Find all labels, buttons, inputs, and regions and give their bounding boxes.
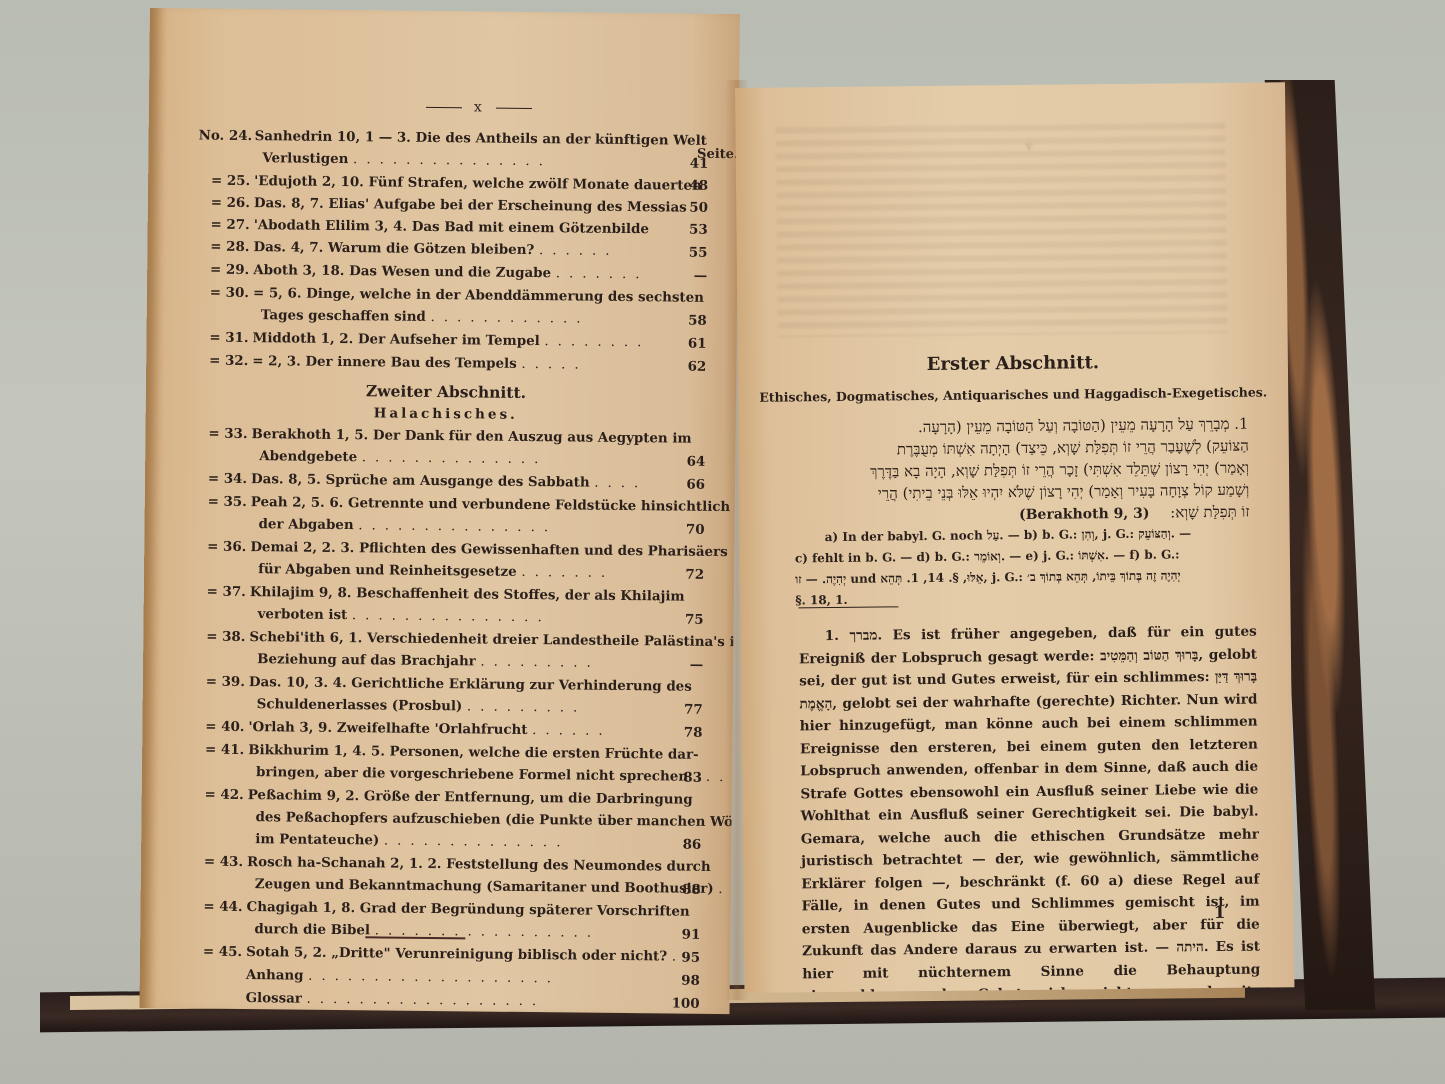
leader-dots: ...............: [358, 518, 557, 535]
folio-numeral: x: [474, 99, 484, 115]
footnotes: a) In der babyl. G. noch עַל. — b) b. G.…: [795, 523, 1251, 612]
entry-title: Anhang: [246, 967, 304, 984]
entry-number: = 42.: [192, 783, 244, 806]
entry-title: Berakhoth 1, 5. Der Dank für den Auszug …: [251, 426, 691, 447]
left-page: x Seite. No. 24.Sanhedrin 10, 1 — 3. Die…: [140, 8, 740, 1014]
entry-title: Das. 10, 3. 4. Gerichtliche Erklärung zu…: [249, 674, 692, 695]
entry-number: = 26.: [198, 192, 250, 215]
entry-title: 'Abodath Elilim 3, 4. Das Bad mit einem …: [254, 217, 649, 237]
entry-number: = 45.: [190, 940, 242, 963]
entry-title: Khilajim 9, 8. Beschaffenheit des Stoffe…: [250, 584, 685, 605]
entry-continuation: durch die Bibel: [190, 920, 370, 938]
entry-number: = 44.: [190, 895, 242, 918]
entry-number: No. 24.: [199, 125, 251, 148]
entry-page: 41: [676, 153, 708, 175]
entry-title: Schebi'ith 6, 1. Verschiedenheit dreier …: [249, 629, 740, 650]
entry-number: = 39.: [193, 670, 245, 693]
entry-page: —: [671, 653, 703, 675]
leader-dots: ..................: [306, 992, 545, 1009]
leader-dots: ........: [544, 334, 650, 350]
leader-dots: ......: [532, 723, 612, 739]
entry-page: 75: [672, 608, 704, 630]
entry-title: Peßachim 9, 2. Größe der Entfernung, um …: [248, 787, 693, 808]
folio-rule-left: [426, 106, 462, 107]
hebrew-mishnah-text: 1. מְבָרֵךְ עַל הָרָעָה מֵעֵין (הַטּוֹבָ…: [796, 413, 1249, 529]
entry-page: 88: [669, 878, 701, 900]
entry-page: 62: [674, 356, 706, 378]
entry-number: = 28.: [197, 236, 249, 259]
leader-dots: ....: [594, 476, 647, 492]
entry-number: [190, 1001, 242, 1002]
entry-number: = 37.: [194, 580, 246, 603]
entry-page: 83: [670, 766, 702, 788]
entry-title: Das. 4, 7. Warum die Götzen bleiben?: [253, 239, 534, 258]
entry-page: 77: [671, 698, 703, 720]
entry-title: = 5, 6. Dinge, welche in der Abenddämmer…: [253, 285, 704, 306]
entry-page: 53: [676, 219, 708, 241]
entry-page: 50: [676, 197, 708, 219]
entry-number: = 31.: [196, 327, 248, 350]
leader-dots: ............: [430, 310, 589, 327]
section-heading: Erster Abschnitt.: [738, 350, 1288, 377]
entry-number: [190, 978, 242, 979]
leader-dots: .........: [480, 654, 599, 670]
entry-page: 78: [670, 721, 702, 743]
entry-page: 72: [672, 563, 704, 585]
entry-continuation: Abendgebete: [195, 447, 357, 465]
page-number: 1: [1214, 903, 1226, 923]
show-through-folio: v: [1026, 139, 1033, 153]
entry-number: = 30.: [197, 282, 249, 305]
right-page: v Erster Abschnitt. Ethisches, Dogmatisc…: [735, 82, 1294, 993]
entry-page: 48: [676, 175, 708, 197]
entry-continuation: Verlustigen: [198, 150, 348, 168]
entry-number: = 29.: [197, 259, 249, 282]
entry-title: Peah 2, 5. 6. Getrennte und verbundene F…: [251, 494, 731, 515]
entry-title: Das. 8, 7. Elias' Aufgabe bei der Ersche…: [254, 195, 687, 216]
page-folio: x: [414, 99, 544, 116]
hebrew-line: וְשָׁמַע קוֹל צְוָחָה בָּעִיר וְאָמַר) י…: [797, 479, 1249, 506]
leader-dots: ...................: [308, 969, 560, 987]
entry-number: = 41.: [192, 738, 244, 761]
source-citation: (Berakhoth 9, 3): [1019, 506, 1150, 523]
toc-part1: No. 24.Sanhedrin 10, 1 — 3. Die des Anth…: [196, 125, 699, 378]
leader-dots: ..............: [384, 833, 570, 850]
entry-page: 64: [673, 451, 705, 473]
entry-page: 55: [675, 242, 707, 264]
leader-dots: ......: [539, 243, 619, 259]
entry-page: 98: [668, 969, 700, 991]
entry-continuation: der Abgaben: [195, 515, 354, 533]
entry-continuation: Schuldenerlasses (Prosbul): [193, 695, 463, 714]
leader-dots: .....: [521, 357, 587, 373]
entry-title: Demai 2, 2. 3. Pflichten des Gewissenhaf…: [250, 539, 727, 560]
entry-number: = 35.: [195, 490, 247, 513]
entry-title: Bikkhurim 1, 4. 5. Personen, welche die …: [248, 742, 699, 763]
entry-number: = 34.: [195, 467, 247, 490]
entry-continuation: im Pentateuche): [191, 830, 379, 848]
toc-entry: = 32.= 2, 3. Der innere Bau des Tempels …: [196, 350, 696, 378]
entry-number: = 40.: [192, 715, 244, 738]
entry-continuation: verboten ist: [194, 605, 348, 623]
entry-number: = 36.: [194, 535, 246, 558]
entry-title: = 2, 3. Der innere Bau des Tempels: [252, 353, 517, 372]
entry-number: = 25.: [198, 170, 250, 193]
entry-page: —: [675, 265, 707, 287]
toc-part2: = 33.Berakhoth 1, 5. Der Dank für den Au…: [189, 423, 695, 1015]
entry-page: 86: [669, 833, 701, 855]
entry-title: Glossar: [246, 990, 302, 1007]
entry-title: Aboth 3, 18. Das Wesen und die Zugabe: [253, 262, 551, 281]
show-through-text: v: [775, 123, 1227, 338]
entry-continuation: Tages geschaffen sind: [197, 307, 426, 325]
entry-title: Middoth 1, 2. Der Aufseher im Tempel: [252, 330, 539, 349]
table-of-contents: Seite. No. 24.Sanhedrin 10, 1 — 3. Die d…: [189, 125, 698, 1015]
entry-number: = 33.: [195, 423, 247, 446]
entry-title: Chagigah 1, 8. Grad der Begründung späte…: [247, 899, 690, 920]
entry-page: 61: [674, 333, 706, 355]
entry-title: 'Edujoth 2, 10. Fünf Strafen, welche zwö…: [254, 173, 702, 194]
entry-continuation: des Peßachopfers aufzuschieben (die Punk…: [191, 808, 740, 830]
leader-dots: ...............: [352, 608, 551, 625]
entry-title: Sotah 5, 2. „Dritte" Verunreinigung bibl…: [246, 944, 667, 964]
section-subheading: Ethisches, Dogmatisches, Antiquarisches …: [758, 384, 1268, 404]
entry-page: 70: [672, 519, 704, 541]
entry-continuation: für Abgaben und Reinheitsgesetze: [194, 560, 517, 579]
entry-title: 'Orlah 3, 9. Zweifelhafte 'Orlahfrucht: [248, 719, 527, 738]
entry-title: Das. 8, 5. Sprüche am Ausgange des Sabba…: [251, 471, 590, 491]
entry-page: 58: [675, 310, 707, 332]
leader-dots: ...............: [353, 152, 552, 169]
commentary-text: 1. מברך. Es ist früher angegeben, daß fü…: [799, 621, 1262, 993]
entry-title: Sanhedrin 10, 1 — 3. Die des Antheils an…: [255, 128, 707, 149]
commentary-paragraph: 1. מברך. Es ist früher angegeben, daß fü…: [799, 621, 1262, 993]
entry-page: 95: [668, 946, 700, 968]
leader-dots: ..............: [362, 450, 548, 467]
leader-dots: .........: [467, 699, 586, 715]
folio-rule-right: [496, 107, 532, 108]
leader-dots: .......: [556, 266, 649, 282]
hebrew-line: זוֹ תְּפִלַּת שָׁוְא:: [1170, 503, 1249, 522]
entry-number: = 32.: [196, 350, 248, 373]
leader-dots: .......: [521, 565, 614, 581]
entry-title: Rosch ha-Schanah 2, 1. 2. Feststellung d…: [247, 854, 711, 875]
entry-page: 100: [667, 992, 699, 1014]
entry-page: 91: [668, 923, 700, 945]
entry-number: = 43.: [191, 850, 243, 873]
entry-number: = 27.: [198, 214, 250, 237]
entry-continuation: Beziehung auf das Brachjahr: [193, 650, 476, 669]
entry-continuation: Zeugen und Bekanntmachung (Samaritaner u…: [191, 875, 714, 896]
entry-page: 66: [673, 474, 705, 496]
entry-number: = 38.: [193, 625, 245, 648]
entry-continuation: bringen, aber die vorgeschriebene Formel…: [192, 763, 688, 784]
